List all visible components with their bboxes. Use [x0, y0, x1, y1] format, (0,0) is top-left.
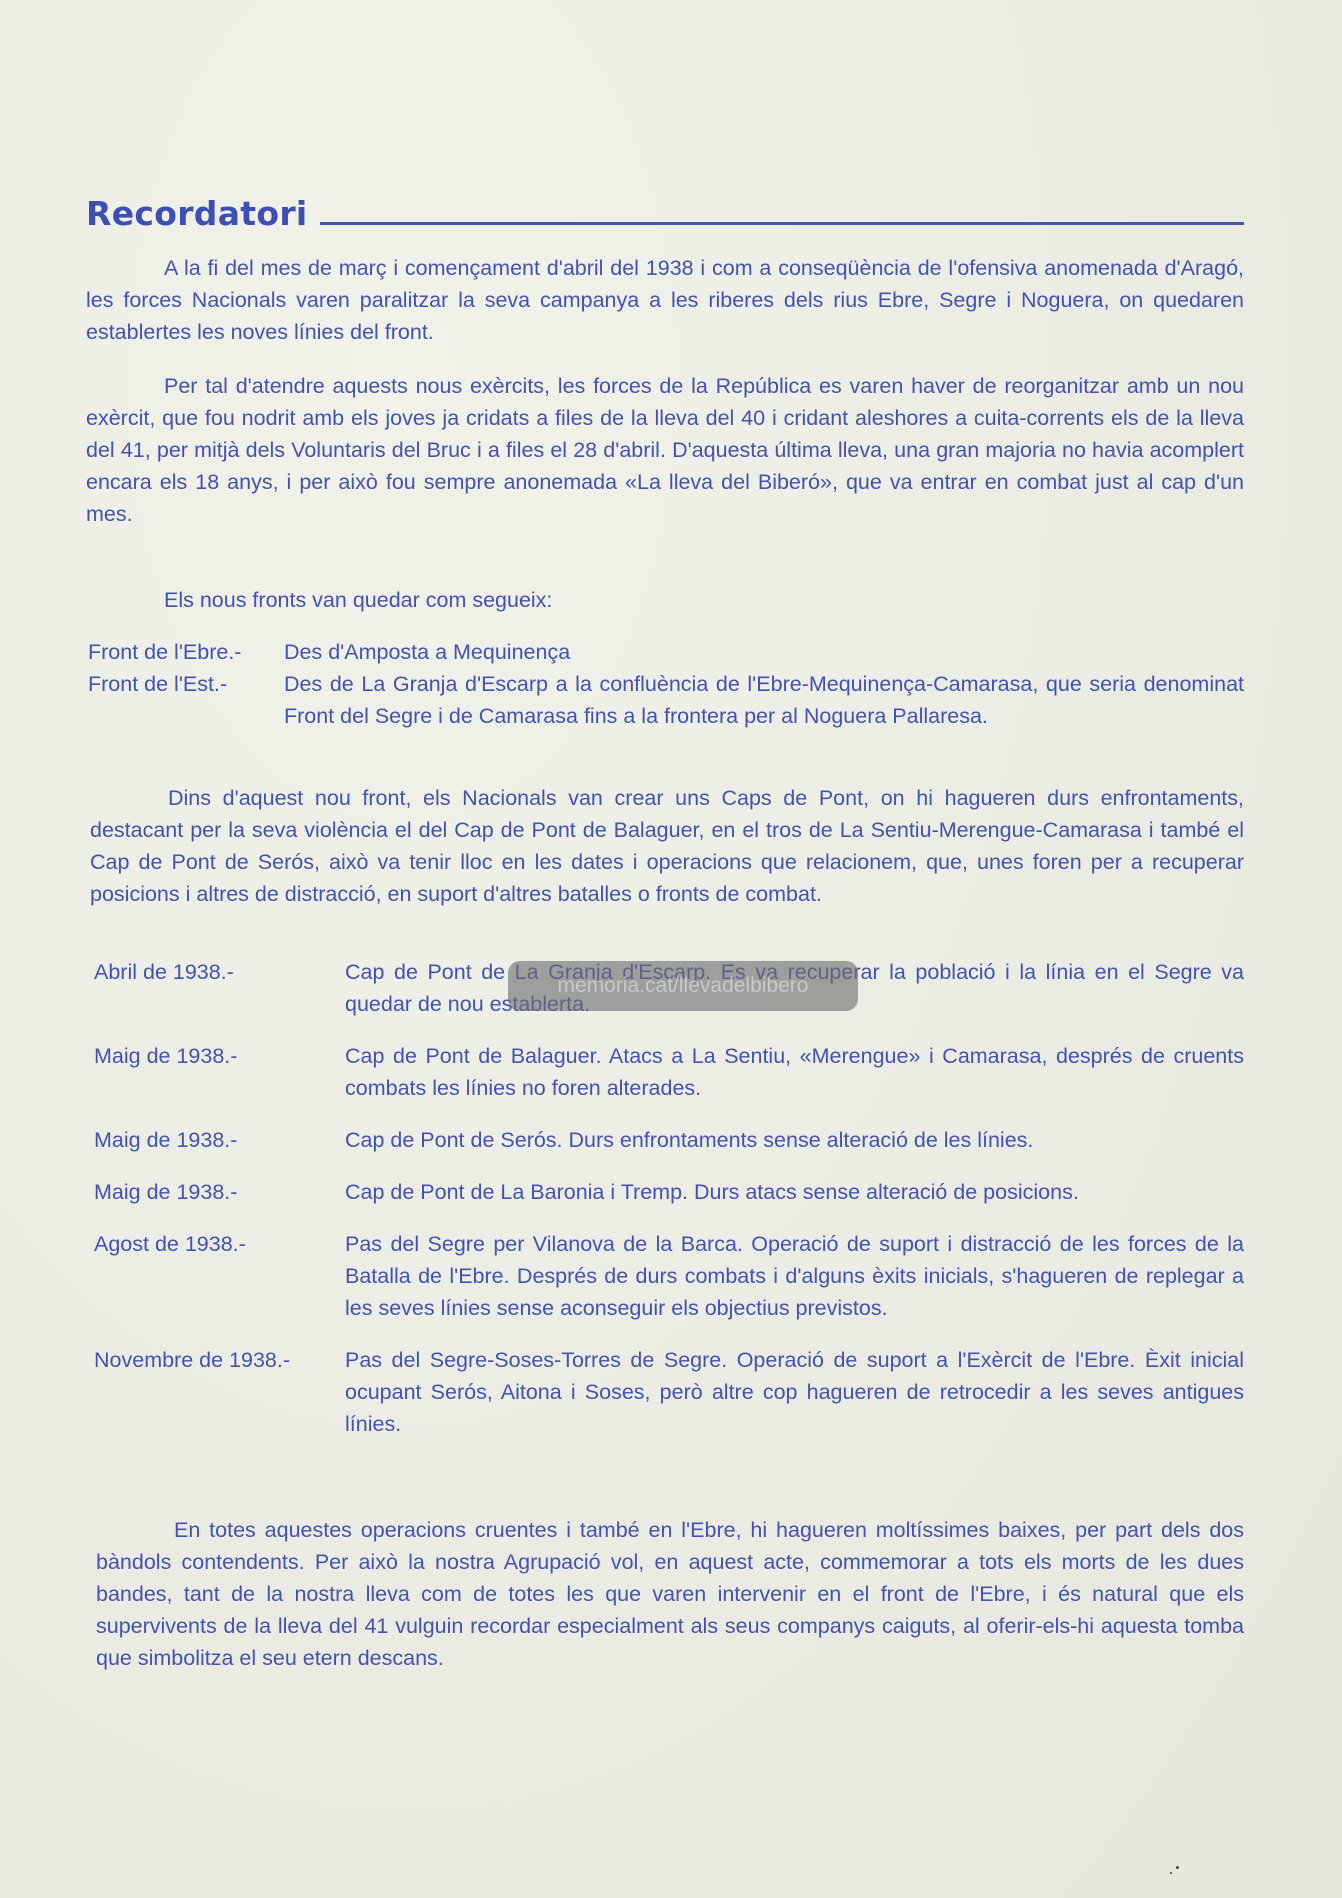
paragraph-closing: En totes aquestes operacions cruentes i … [96, 1514, 1244, 1674]
page-title: Recordatori [86, 197, 308, 230]
title-row: Recordatori [86, 180, 1244, 230]
event-date: Novembre de 1938.- [94, 1344, 345, 1440]
paper-speck [1176, 1866, 1179, 1869]
front-item: Front de l'Ebre.- Des d'Amposta a Mequin… [88, 636, 1244, 668]
event-item: Maig de 1938.- Cap de Pont de Serós. Dur… [94, 1124, 1244, 1156]
event-description: Cap de Pont de Balaguer. Atacs a La Sent… [345, 1040, 1244, 1104]
event-date: Agost de 1938.- [94, 1228, 345, 1324]
event-item: Maig de 1938.- Cap de Pont de La Baronia… [94, 1176, 1244, 1208]
event-date: Abril de 1938.- [94, 956, 345, 1020]
paragraph-intro: A la fi del mes de març i començament d'… [86, 252, 1244, 348]
front-item: Front de l'Est.- Des de La Granja d'Esca… [88, 668, 1244, 732]
event-description: Cap de Pont de La Baronia i Tremp. Durs … [345, 1176, 1244, 1208]
event-description: Cap de Pont de Serós. Durs enfrontaments… [345, 1124, 1244, 1156]
event-description: Pas del Segre-Soses-Torres de Segre. Ope… [345, 1344, 1244, 1440]
watermark-overlay: memoria.cat/llevadelbibero [508, 961, 858, 1011]
paper-speck [1170, 1872, 1172, 1874]
event-date: Maig de 1938.- [94, 1176, 345, 1208]
paragraph-fronts-intro: Els nous fronts van quedar com segueix: [86, 584, 1244, 616]
front-label: Front de l'Ebre.- [88, 636, 284, 668]
event-item: Maig de 1938.- Cap de Pont de Balaguer. … [94, 1040, 1244, 1104]
title-underline-rule [320, 222, 1244, 225]
paragraph-reorganization: Per tal d'atendre aquests nous exèrcits,… [86, 370, 1244, 530]
paragraph-bridgeheads: Dins d'aquest nou front, els Nacionals v… [90, 782, 1244, 910]
event-item: Novembre de 1938.- Pas del Segre-Soses-T… [94, 1344, 1244, 1440]
event-date: Maig de 1938.- [94, 1124, 345, 1156]
fronts-list: Front de l'Ebre.- Des d'Amposta a Mequin… [88, 636, 1244, 732]
front-description: Des de La Granja d'Escarp a la confluènc… [284, 668, 1244, 732]
event-date: Maig de 1938.- [94, 1040, 345, 1104]
document-page: Recordatori A la fi del mes de març i co… [86, 180, 1244, 230]
front-description: Des d'Amposta a Mequinença [284, 636, 1244, 668]
front-label: Front de l'Est.- [88, 668, 284, 732]
event-description: Pas del Segre per Vilanova de la Barca. … [345, 1228, 1244, 1324]
events-list: Abril de 1938.- Cap de Pont de La Granja… [94, 956, 1244, 1460]
event-item: Agost de 1938.- Pas del Segre per Vilano… [94, 1228, 1244, 1324]
